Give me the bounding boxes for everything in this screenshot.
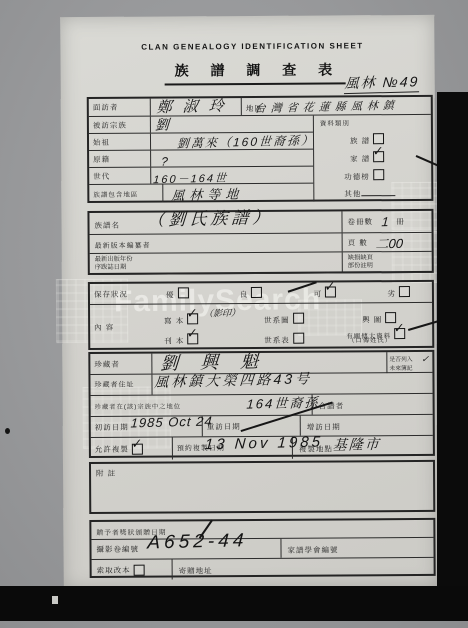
keeper-position-label: 珍藏者在(該)宗族中之地位 <box>95 401 182 411</box>
film-speck <box>52 596 58 604</box>
form-title-chinese: 族 譜 調 查 表 <box>165 59 346 85</box>
content-printed: 刊 本✓ <box>164 330 198 348</box>
contents-label: 內 容 <box>94 322 114 333</box>
keeper-address-label: 珍藏者住址 <box>94 380 134 390</box>
checkmark: ✓ <box>371 144 383 159</box>
notes-table: 附 註 <box>89 460 435 514</box>
fair-checkbox: ✓ <box>325 286 336 297</box>
option-jiapu-label: 家 譜 <box>350 154 370 163</box>
condition-row: 保存狀況 優 良 可✓ 劣 <box>90 282 432 305</box>
keeper-label: 珍藏者 <box>94 358 120 369</box>
option-zupu-label: 族 譜 <box>350 136 370 145</box>
condition-option-good: 良 <box>240 284 263 302</box>
page-number-annotation: 風林 №49 <box>344 71 420 94</box>
film-number-label: 攝影卷編號 <box>96 544 139 555</box>
region-value: 台灣省花蓮縣風林鎮 <box>254 97 399 116</box>
admin-table: 贈予者獎狀頒贈日期 攝影卷編號 家譜學會編號 索取改本 寄贈地址 A652-44 <box>89 518 435 578</box>
option-gongdebang-label: 功德榜 <box>344 172 370 181</box>
interviewer-label: 面訪者 <box>93 102 119 113</box>
origin-label: 原籍 <box>93 153 110 164</box>
checkmark: ✓ <box>185 326 197 341</box>
checkmark: ✓ <box>185 306 197 321</box>
clan-label: 被訪宗族 <box>93 119 127 130</box>
manuscript-note: （影印） <box>204 306 241 320</box>
mailing-address-label: 寄贈地址 <box>179 566 213 575</box>
form-title-english: CLAN GENEALOGY IDENTIFICATION SHEET <box>60 41 434 52</box>
excellent-checkbox <box>177 287 188 298</box>
notes-label: 附 註 <box>96 468 116 479</box>
society-number-label: 家譜學會編號 <box>287 545 338 554</box>
other-blank-line <box>361 187 395 196</box>
compiler-row: 最新版本編纂者 頁 數 二00 <box>90 233 432 254</box>
film-number-row: 攝影卷編號 家譜學會編號 <box>91 538 433 560</box>
condition-option-excellent: 優 <box>166 284 189 302</box>
data-type-option: 功德榜 <box>344 166 384 184</box>
checkmark: ✓ <box>392 320 404 335</box>
pages-label: 頁 數 <box>348 237 368 248</box>
film-speck <box>5 428 10 434</box>
keeper-position-value: 164世裔孫 <box>246 392 320 413</box>
film-number-value: A652-44 <box>147 530 248 554</box>
listed-cell: 是否列入 未來簿記 ✓ <box>386 352 436 373</box>
keeper-address-value: 風林鎮大榮四路43号 <box>154 368 313 392</box>
copy-permission-checkbox: ✓ <box>132 443 143 454</box>
progenitor-label: 始祖 <box>93 136 110 147</box>
scanned-document-frame: CLAN GENEALOGY IDENTIFICATION SHEET 族 譜 … <box>0 0 468 628</box>
clan-value: 劉 <box>154 114 169 134</box>
data-type-header: 資料類別 <box>314 115 435 128</box>
listed-mark: ✓ <box>421 354 429 365</box>
lineage-table-checkbox <box>293 333 304 344</box>
volumes-value: 1 <box>381 214 389 229</box>
generations-label: 世代 <box>93 170 110 181</box>
identification-table: 面訪者 地區 被訪宗族 始祖 原籍 世代 族譜包含地區 <box>87 95 434 203</box>
award-date-row: 贈予者獎狀頒贈日期 <box>91 520 433 540</box>
genealogy-name-label: 族譜名 <box>94 220 120 229</box>
pubyear-label-line2: 序跋誌日期 <box>95 262 342 271</box>
keeper-table: 珍藏者 是否列入 未來簿記 ✓ 珍藏者住址 珍藏者在(該)宗族中之地位 合譜者 … <box>88 350 435 458</box>
genealogy-name-value: （劉氏族譜） <box>147 203 275 231</box>
content-lineage-chart: 世系圖 <box>264 310 304 328</box>
condition-option-fair: 可✓ <box>314 283 337 301</box>
first-visit-label: 初訪日期 <box>95 421 129 432</box>
pages-value: 二00 <box>375 232 404 252</box>
coverage-value: 風林等地 <box>171 183 244 204</box>
oral-data-note: （口傳姓氏） <box>348 335 392 344</box>
printed-checkbox: ✓ <box>187 333 198 344</box>
checkmark: ✓ <box>323 279 335 294</box>
contents-row: 內 容 寫 本✓ （影印） 世系圖 輿 圖 刊 本✓ 世系表 有關傳大資料✓ （… <box>90 303 432 350</box>
oral-data-checkbox: ✓ <box>394 328 405 339</box>
progenitor-value: 劉萬來（160世裔孫） <box>176 131 315 151</box>
condition-contents-table: 保存狀況 優 良 可✓ 劣 內 容 寫 本✓ （影印） 世系圖 輿 圖 刊 本✓… <box>88 280 434 350</box>
condition-label: 保存狀況 <box>94 288 128 299</box>
volumes-unit: 冊 <box>396 216 405 227</box>
origin-value: ? <box>161 154 169 168</box>
damage-label-line2: 部份註明 <box>348 262 432 270</box>
content-lineage-table: 世系表 <box>264 330 304 348</box>
option-other-label: 其他 <box>344 189 361 198</box>
lineage-chart-checkbox <box>293 313 304 324</box>
request-copy-row: 索取改本 寄贈地址 <box>92 558 434 580</box>
volumes-label: 卷冊數 <box>347 216 373 227</box>
copy-place-value: 基隆市 <box>332 434 381 455</box>
copy-permission-label: 允許複製 <box>95 443 129 454</box>
publication-year-row: 最新出版年份 序跋誌日期 缺損缺頁 部份註明 <box>90 252 432 275</box>
film-black-edge-right <box>437 92 468 588</box>
data-type-cell: 資料類別 族 譜 家 譜✓ 功德榜 其他 <box>313 115 436 202</box>
option-gongdebang-checkbox <box>373 169 384 180</box>
coverage-label: 族譜包含地區 <box>93 189 138 198</box>
data-type-option: 家 譜✓ <box>350 148 384 166</box>
film-black-band-bottom <box>0 586 468 621</box>
condition-option-poor: 劣 <box>387 283 410 301</box>
form-paper: CLAN GENEALOGY IDENTIFICATION SHEET 族 譜 … <box>60 15 437 589</box>
additional-visit-label: 增訪日期 <box>307 422 341 431</box>
origin-row: 原籍 <box>89 150 313 168</box>
copy-date-value: 13 Nov 1985 <box>204 434 323 454</box>
manuscript-checkbox: ✓ <box>187 313 198 324</box>
option-zupu-checkbox <box>373 133 384 144</box>
first-visit-value: 1985 Oct 24 <box>130 414 213 431</box>
compiler-label: 最新版本編纂者 <box>95 243 151 250</box>
request-copy-label: 索取改本 <box>97 564 131 575</box>
handwritten-stroke <box>408 320 439 331</box>
data-type-option: 其他 <box>344 183 395 201</box>
checkmark: ✓ <box>130 436 142 451</box>
request-copy-checkbox <box>134 564 145 575</box>
listed-label-line2: 未來簿記 <box>389 363 436 372</box>
poor-checkbox <box>399 286 410 297</box>
option-jiapu-checkbox: ✓ <box>373 151 384 162</box>
genealogy-title-table: 族譜名 卷冊數 1 冊 最新版本編纂者 頁 數 二00 最新出版年份 序跋誌日期 <box>87 209 433 275</box>
good-checkbox <box>251 287 262 298</box>
